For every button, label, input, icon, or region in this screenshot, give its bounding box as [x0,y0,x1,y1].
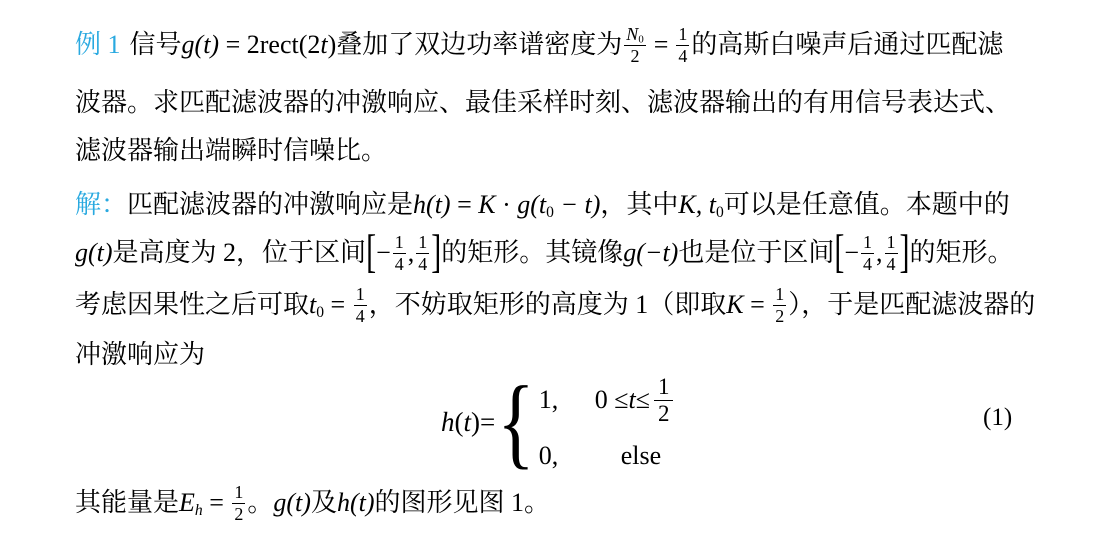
math-run: K [726,290,743,319]
text-run: 冲激响应为 [75,340,205,369]
problem-line-3: 滤波器输出端瞬时信噪比。 [75,128,387,174]
text-run: 可以是任意值。本题中的 [724,190,1010,219]
subscript: 0 [546,204,554,221]
denominator: 2 [232,504,245,524]
fraction-1-over-2: 12 [232,482,245,523]
fraction-1-over-4: 14 [885,232,898,273]
denominator: 4 [393,254,406,274]
interval-bracket-group: [−14,14] [366,238,441,267]
denominator: 4 [416,254,429,274]
numerator: 1 [393,232,406,253]
text-run: 叠加了双边功率谱密度为 [336,30,622,59]
math-run: h(t) [413,190,451,219]
math-run: h(t) [337,488,375,517]
subscript: 0 [716,204,724,221]
case-value: 1, [539,386,569,415]
text-run: 匹配滤波器的冲激响应是 [127,190,413,219]
equation-piecewise-h: h(t)= { 1, 0 ≤ t ≤ 12 0, else [441,368,673,476]
math-run: K, t [678,190,716,219]
fraction-1-over-4: 14 [354,284,367,325]
math-run: t [320,30,327,59]
fraction-1-over-4: 14 [393,232,406,273]
denominator: 4 [354,306,367,326]
text-run: 也是位于区间 [678,238,834,267]
numerator: 1 [416,232,429,253]
equation-number: (1) [983,404,1012,432]
equals-sign: = [203,488,231,517]
text-run: 考虑因果性之后可取 [75,290,309,319]
math-run: g(t) [273,488,311,517]
closing-line: 其能量是Eh = 12。g(t)及h(t)的图形见图 1。 [75,480,550,526]
math-run: g(t) [75,238,113,267]
fraction-1-over-4: 14 [416,232,429,273]
math-run: 0 ≤ [595,386,629,415]
math-run: K [478,190,495,219]
document-page: 例 1信号g(t) = 2rect(2t)叠加了双边功率谱密度为N02=14的高… [0,0,1117,534]
math-run: N [626,24,638,44]
numerator: 1 [773,284,786,305]
denominator: 2 [773,306,786,326]
math-run: g(−t) [623,238,678,267]
math-run: g(t [517,190,546,219]
math-run: ( [455,407,464,437]
subscript: 0 [316,304,324,321]
comma: , [408,238,415,267]
fraction-1-over-2: 12 [773,284,786,325]
math-run: g(t) [182,30,220,59]
equals-sign: = [744,290,772,319]
case-row-2: 0, else [539,442,674,471]
math-run: )= [471,407,495,437]
numerator: 1 [861,232,874,253]
text-run: ，不妨取矩形的高度为 1（即取 [369,290,727,319]
case-condition: else [621,442,661,471]
minus-sign: − [376,238,391,267]
text-run: 的矩形。其镜像 [441,238,623,267]
minus-sign: − [844,238,859,267]
equals-sign: = [324,290,352,319]
text-run: 波器。求匹配滤波器的冲激响应、最佳采样时刻、滤波器输出的有用信号表达式、 [75,88,1011,117]
case-value: 0, [539,442,569,471]
text-run: ，其中 [600,190,678,219]
example-label: 例 1 [75,30,121,59]
text-run: 是高度为 2，位于区间 [113,238,367,267]
math-run: ) [328,30,337,59]
solution-line-4: 冲激响应为 [75,332,205,378]
denominator: 2 [658,401,670,427]
equation-lhs: h(t)= [441,407,495,438]
text-run: 及 [311,488,337,517]
fraction-n0-over-2: N02 [624,24,645,65]
denominator: 4 [861,254,874,274]
denominator: 4 [885,254,898,274]
subscript: h [195,502,203,519]
numerator: 1 [676,24,689,45]
numerator: 1 [232,482,245,503]
subscript: 0 [638,34,643,46]
math-run: t [464,407,472,437]
comma: , [876,238,883,267]
text-run: 的高斯白噪声后通过匹配滤 [691,30,1003,59]
math-run: = 2rect(2 [219,30,320,59]
text-run: 其能量是 [75,488,179,517]
math-run: t [628,386,635,415]
case-condition: 0 ≤ t ≤ 12 [595,374,674,428]
solution-label: 解： [75,190,127,219]
math-run: h [441,407,455,437]
numerator: 1 [885,232,898,253]
text-run: 的图形见图 1。 [375,488,551,517]
numerator: 1 [354,284,367,305]
numerator: 1 [654,374,674,401]
denominator: 2 [629,46,642,66]
math-run: ≤ [636,386,650,415]
dot-operator: · [496,190,518,219]
text-run: 滤波器输出端瞬时信噪比。 [75,136,387,165]
solution-line-2: g(t)是高度为 2，位于区间[−14,14]的矩形。其镜像g(−t)也是位于区… [75,230,1014,276]
case-row-1: 1, 0 ≤ t ≤ 12 [539,374,674,428]
math-run: − t) [554,190,600,219]
text-run: ），于是匹配滤波器的 [788,290,1035,319]
text-run: 的矩形。 [910,238,1014,267]
solution-line-3: 考虑因果性之后可取t0 = 14，不妨取矩形的高度为 1（即取K = 12），于… [75,282,1035,328]
solution-line-1: 解：匹配滤波器的冲激响应是h(t) = K · g(t0 − t)，其中K, t… [75,182,1010,228]
interval-bracket-group: [−14,14] [834,238,909,267]
cases-block: 1, 0 ≤ t ≤ 12 0, else [539,374,674,470]
fraction-1-over-4: 14 [861,232,874,273]
denominator: 4 [676,46,689,66]
fraction-1-over-4: 14 [676,24,689,65]
math-run: = [451,190,479,219]
math-run: E [179,488,195,517]
text-run: 信号 [130,30,182,59]
problem-line-2: 波器。求匹配滤波器的冲激响应、最佳采样时刻、滤波器输出的有用信号表达式、 [75,80,1011,126]
text-run: 。 [247,488,273,517]
equals-sign: = [654,30,669,59]
fraction-1-over-2: 12 [654,374,674,428]
problem-line-1: 例 1信号g(t) = 2rect(2t)叠加了双边功率谱密度为N02=14的高… [75,22,1003,68]
